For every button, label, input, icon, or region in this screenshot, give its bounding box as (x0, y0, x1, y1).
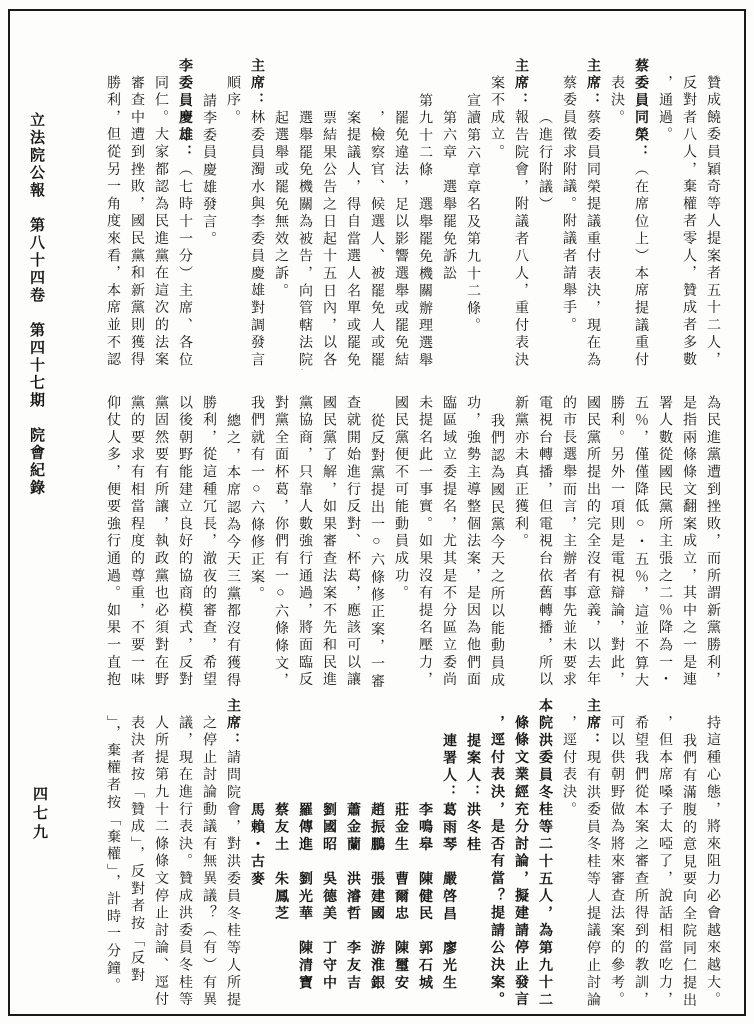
text-column: 希望我們從本案之審查所得到的教訓， (628, 698, 652, 1010)
text-column: 順序。 (220, 58, 244, 370)
text-column: 表決者按「贊成」，反對者按「反對 (124, 698, 148, 1010)
text-column: 主席：現有洪委員冬桂等人提議停止討論 (580, 698, 604, 1010)
text-column: 五％，僅僅降低○・五％，這並不算大 (628, 378, 652, 690)
text-column: 羅傳進 劉光華 陳清寶 (292, 698, 316, 1010)
text-column: 起選舉或罷免無效之訴。 (268, 58, 292, 370)
text-column: 第六章 選舉罷免訴訟 (436, 58, 460, 370)
text-column: 為民進黨遭到挫敗，而所謂新黨勝利， (700, 378, 724, 690)
text-column: 票結果公告之日起十五日內，以各該 (316, 58, 340, 370)
text-column: 反對者八人，棄權者零人，贊成者多數 (676, 58, 700, 370)
text-column: 黨的要求有相當程度的尊重，不要一味 (124, 378, 148, 690)
text-column: 的市長選舉而言，主辦者事先並未要求 (556, 378, 580, 690)
text-column: 馬賴・古麥 (244, 698, 268, 1010)
text-column: 臨區域立委提名，尤其是不分區立委尚 (436, 378, 460, 690)
text-column: 條條文業經充分討論，擬建請停止發言 (508, 698, 532, 1010)
text-column: 可以供朝野做為將來審查法案的參考。 (604, 698, 628, 1010)
text-column: 李委員慶雄：（七時十一分）主席、各位 (172, 58, 196, 370)
text-column: ，但本席嗓子太啞了，說話相當吃力， (652, 698, 676, 1010)
text-column: ，通過。 (652, 58, 676, 370)
text-column: 審查中遭到挫敗，國民黨和新黨則獲得 (124, 58, 148, 370)
text-column: 仰仗人多，便要強行通過。如果一直抱 (100, 378, 124, 690)
text-column: 贊成饒委員穎奇等人提案者五十二人， (700, 58, 724, 370)
text-column: ，檢察官、候選人、被罷免人或罷免 (364, 58, 388, 370)
text-column: 電視台轉播，但電視台依舊轉播，所以 (532, 378, 556, 690)
text-column: 我們就有一○六條修正案。 (244, 378, 268, 690)
page-number: 四七九 (29, 786, 50, 843)
text-column: 功，強勢主導整個法案，是因為他們面 (460, 378, 484, 690)
text-column: 總之，本席認為今天三黨都沒有獲得 (220, 378, 244, 690)
text-column: 查就開始進行反對、杯葛，應該可以讓 (340, 378, 364, 690)
text-band-top: 贊成饒委員穎奇等人提案者五十二人，反對者八人，棄權者零人，贊成者多數，通過。蔡委… (90, 58, 724, 370)
text-column: 勝利，從這種冗長，澈夜的審查，希望 (196, 378, 220, 690)
gazette-margin-title: 立法院公報 第八十四卷 第四十七期 院會紀錄 (26, 112, 47, 672)
text-column: （進行附議） (532, 58, 556, 370)
text-column: 署人數從國民黨所主張之二％降為一・ (652, 378, 676, 690)
text-column: 國民黨所提出的完全沒有意義，以去年 (580, 378, 604, 690)
text-column: 從反對黨提出一○六條修正案，一審 (364, 378, 388, 690)
text-column: 黨固然要有所讓，執政黨也必須對在野 (148, 378, 172, 690)
text-column: 國民黨便不可能動員成功。 (388, 378, 412, 690)
text-column: 劉國昭 吳德美 丁守中 (316, 698, 340, 1010)
text-column: 主席：蔡委員同榮提議重付表決，現在為 (580, 58, 604, 370)
text-column: 對黨全面杯葛，你們有一○六條條文， (268, 378, 292, 690)
text-column: 案提議人，得自當選人名單或罷免投 (340, 58, 364, 370)
text-column: 提案人：洪冬桂 (460, 698, 484, 1010)
text-column: 莊金生 曹爾忠 陳璽安 (388, 698, 412, 1010)
text-column: 宣讀第六章章名及第九十二條。 (460, 58, 484, 370)
text-column: 蔡友土 朱鳳芝 (268, 698, 292, 1010)
text-column: 同仁。大家都認為民進黨在這次的法案 (148, 58, 172, 370)
text-column: 罷免違法，足以影響選舉或罷免結果 (388, 58, 412, 370)
text-column: ，逕付表決，是否有當？提請公決案。 (484, 698, 508, 1010)
text-column: 案不成立。 (484, 58, 508, 370)
text-column: 議，現在進行表決。贊成洪委員冬桂等 (172, 698, 196, 1010)
text-column: 趙振鵬 張建國 游淮銀 (364, 698, 388, 1010)
text-column: 第九十二條 選舉罷免機關辦理選舉、 (412, 58, 436, 370)
text-band-bottom: 持這種心態，將來阻力必會越來越大。我們有滿腹的意見要向全院同仁提出，但本席嗓子太… (90, 698, 724, 1010)
text-column: 我們認為國民黨今天之所以能動員成 (484, 378, 508, 690)
text-column: 黨協商，只靠人數強行通過，將面臨反 (292, 378, 316, 690)
text-column: 勝利，但從另一角度來看，本席並不認 (100, 58, 124, 370)
text-column: ，逕付表決。 (556, 698, 580, 1010)
text-column: 蔡委員同榮：（在席位上）本席提議重付 (628, 58, 652, 370)
text-column: 李鳴皋 陳健民 郭石城 (412, 698, 436, 1010)
text-column: 主席：請問院會，對洪委員冬桂等人所提 (220, 698, 244, 1010)
text-column: 新黨亦未真正獲利。 (508, 378, 532, 690)
text-column: 」，棄權者按「棄權」，計時一分鐘。 (100, 698, 124, 1010)
text-column: 人所提第九十二條條文停止討論、逕付 (148, 698, 172, 1010)
text-column: 勝利。另外一項則是電視辯論，對此， (604, 378, 628, 690)
text-column: 我們有滿腹的意見要向全院同仁提出 (676, 698, 700, 1010)
text-column: 表決。 (604, 58, 628, 370)
text-column: 是指兩條條文翻案成立，其中之一是連 (676, 378, 700, 690)
text-column: 持這種心態，將來阻力必會越來越大。 (700, 698, 724, 1010)
text-column: 以後朝野能建立良好的協商模式，反對 (172, 378, 196, 690)
text-column: 國民黨了解，如果審查法案不先和民進 (316, 378, 340, 690)
text-column: 未提名此一事實。如果沒有提名壓力， (412, 378, 436, 690)
gazette-page: 立法院公報 第八十四卷 第四十七期 院會紀錄 四七九 贊成饒委員穎奇等人提案者五… (0, 0, 754, 1024)
text-column: 主席：報告院會，附議者八人，重付表決 (508, 58, 532, 370)
main-text-area: 贊成饒委員穎奇等人提案者五十二人，反對者八人，棄權者零人，贊成者多數，通過。蔡委… (90, 58, 724, 1018)
text-band-middle: 為民進黨遭到挫敗，而所謂新黨勝利，是指兩條條文翻案成立，其中之一是連署人數從國民… (90, 378, 724, 690)
text-column: 選舉罷免機關為被告，向管轄法院提 (292, 58, 316, 370)
text-column: 蕭金蘭 洪濬哲 李友吉 (340, 698, 364, 1010)
text-column: 主席：林委員濁水與李委員慶雄對調發言 (244, 58, 268, 370)
text-column: 本院洪委員冬桂等二十五人，為第九十二 (532, 698, 556, 1010)
text-column: 連署人：葛雨琴 嚴啓昌 廖光生 (436, 698, 460, 1010)
text-column: 請李委員慶雄發言。 (196, 58, 220, 370)
text-column: 之停止討論動議有無異議？（有）有異 (196, 698, 220, 1010)
text-column: 蔡委員徵求附議。附議者請舉手。 (556, 58, 580, 370)
